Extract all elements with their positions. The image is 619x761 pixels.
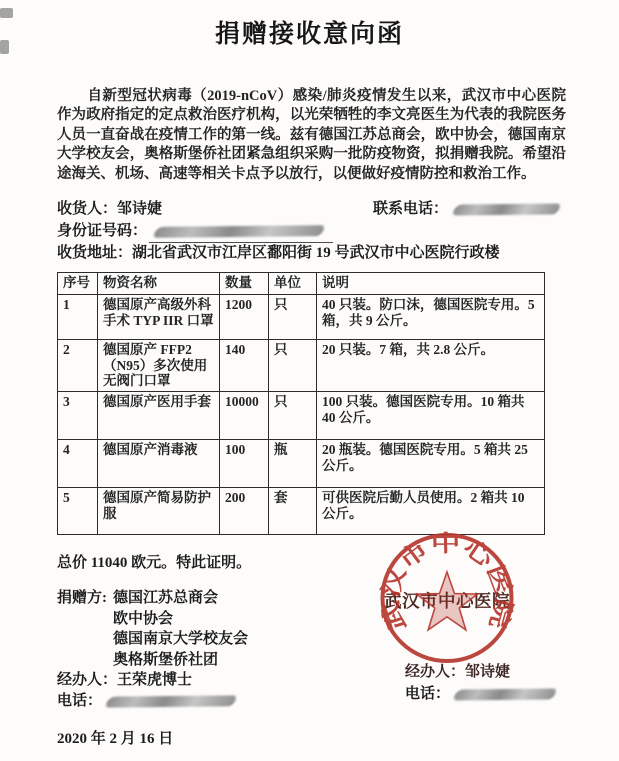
donor-names: 德国江苏总商会 欧中协会 德国南京大学校友会 奥格斯堡侨社团	[113, 588, 248, 670]
document-date: 2020 年 2 月 16 日	[57, 727, 173, 748]
cell-name: 德国原产高级外科手术 TYP IIR 口罩	[98, 295, 220, 340]
total-price-line: 总价 11040 欧元。特此证明。	[57, 551, 251, 572]
cell-desc: 40 只装。防口沫，德国医院专用。5 箱，共 9 公斤。	[317, 295, 545, 340]
cell-unit: 瓶	[269, 440, 317, 488]
cell-unit: 只	[269, 340, 317, 392]
cell-name: 德国原产简易防护服	[98, 488, 220, 535]
donor-agent-name: 王荣虎博士	[117, 672, 192, 688]
seal-star-icon	[417, 572, 478, 630]
consignee-name: 邹诗婕	[117, 201, 162, 217]
cell-desc: 20 瓶装。德国医院专用。5 箱共 25 公斤。	[317, 440, 545, 488]
hospital-phone-line: 电话：	[405, 682, 555, 703]
cell-name: 德国原产医用手套	[98, 392, 220, 440]
table-row: 3 德国原产医用手套 10000 只 100 只装。德国医院专用。10 箱共 4…	[58, 392, 545, 440]
donor-name: 奥格斯堡侨社团	[113, 650, 248, 671]
donor-agent-label: 经办人：	[57, 672, 117, 688]
document-title: 捐赠接收意向函	[0, 14, 619, 50]
goods-table: 序号 物资名称 数量 单位 说明 1 德国原产高级外科手术 TYP IIR 口罩…	[57, 272, 545, 535]
cell-name: 德国原产消毒液	[98, 440, 220, 488]
cell-desc: 20 只装。7 箱，共 2.8 公斤。	[317, 340, 545, 392]
id-number-label: 身份证号码：	[57, 223, 147, 239]
address-line: 收货地址：湖北省武汉市江岸区鄱阳街 19 号武汉市中心医院行政楼	[57, 241, 500, 262]
id-underline	[149, 223, 333, 243]
donor-label: 捐赠方:	[57, 588, 107, 670]
body-paragraph: 自新型冠状病毒（2019-nCoV）感染/肺炎疫情发生以来，武汉市中心医院作为政…	[57, 87, 566, 184]
contact-phone-label: 联系电话：	[373, 201, 448, 217]
contact-phone-line: 联系电话：	[373, 197, 559, 218]
table-row: 2 德国原产 FFP2 （N95）多次使用无阀门口罩 140 只 20 只装。7…	[58, 340, 545, 392]
cell-qty: 1200	[220, 295, 269, 340]
table-row: 1 德国原产高级外科手术 TYP IIR 口罩 1200 只 40 只装。防口沫…	[58, 295, 545, 340]
redacted-hospital-phone	[453, 689, 557, 701]
cell-no: 2	[58, 340, 98, 392]
donor-phone-line: 电话：	[57, 691, 248, 712]
redacted-id-number	[153, 225, 325, 238]
col-header-unit: 单位	[269, 273, 317, 295]
cell-unit: 套	[269, 488, 317, 535]
cell-qty: 10000	[220, 392, 269, 440]
redacted-contact-phone	[452, 204, 561, 216]
col-header-name: 物资名称	[98, 273, 220, 295]
donor-name: 欧中协会	[113, 609, 248, 630]
col-header-desc: 说明	[317, 273, 545, 295]
donor-block: 捐赠方: 德国江苏总商会 欧中协会 德国南京大学校友会 奥格斯堡侨社团 经办人：…	[57, 588, 248, 711]
donor-name: 德国南京大学校友会	[113, 629, 248, 650]
cell-unit: 只	[269, 392, 317, 440]
donor-row: 捐赠方: 德国江苏总商会 欧中协会 德国南京大学校友会 奥格斯堡侨社团	[57, 588, 248, 670]
cell-qty: 100	[220, 440, 269, 488]
cell-unit: 只	[269, 295, 317, 340]
col-header-no: 序号	[58, 273, 98, 295]
cell-name: 德国原产 FFP2 （N95）多次使用无阀门口罩	[98, 340, 220, 392]
consignee-line: 收货人：邹诗婕	[57, 197, 162, 218]
scanned-document-page: 捐赠接收意向函 自新型冠状病毒（2019-nCoV）感染/肺炎疫情发生以来，武汉…	[0, 0, 619, 761]
table-row: 4 德国原产消毒液 100 瓶 20 瓶装。德国医院专用。5 箱共 25 公斤。	[58, 440, 545, 488]
donor-phone-label: 电话：	[57, 693, 102, 709]
address-value: 湖北省武汉市江岸区鄱阳街 19 号武汉市中心医院行政楼	[132, 245, 500, 261]
cell-qty: 140	[220, 340, 269, 392]
cell-no: 1	[58, 295, 98, 340]
cell-no: 4	[58, 440, 98, 488]
cell-no: 3	[58, 392, 98, 440]
address-label: 收货地址：	[57, 245, 132, 261]
donor-name: 德国江苏总商会	[113, 588, 248, 609]
col-header-qty: 数量	[220, 273, 269, 295]
consignee-label: 收货人：	[57, 201, 117, 217]
donor-agent-line: 经办人：王荣虎博士	[57, 670, 248, 691]
cell-desc: 100 只装。德国医院专用。10 箱共 40 公斤。	[317, 392, 545, 440]
table-header-row: 序号 物资名称 数量 单位 说明	[58, 273, 545, 295]
hospital-phone-label: 电话：	[405, 686, 450, 702]
redacted-donor-phone	[105, 695, 237, 707]
cell-no: 5	[58, 488, 98, 535]
id-number-line: 身份证号码：	[57, 219, 333, 243]
hospital-seal: 武汉市中心医院	[371, 527, 523, 669]
cell-qty: 200	[220, 488, 269, 535]
